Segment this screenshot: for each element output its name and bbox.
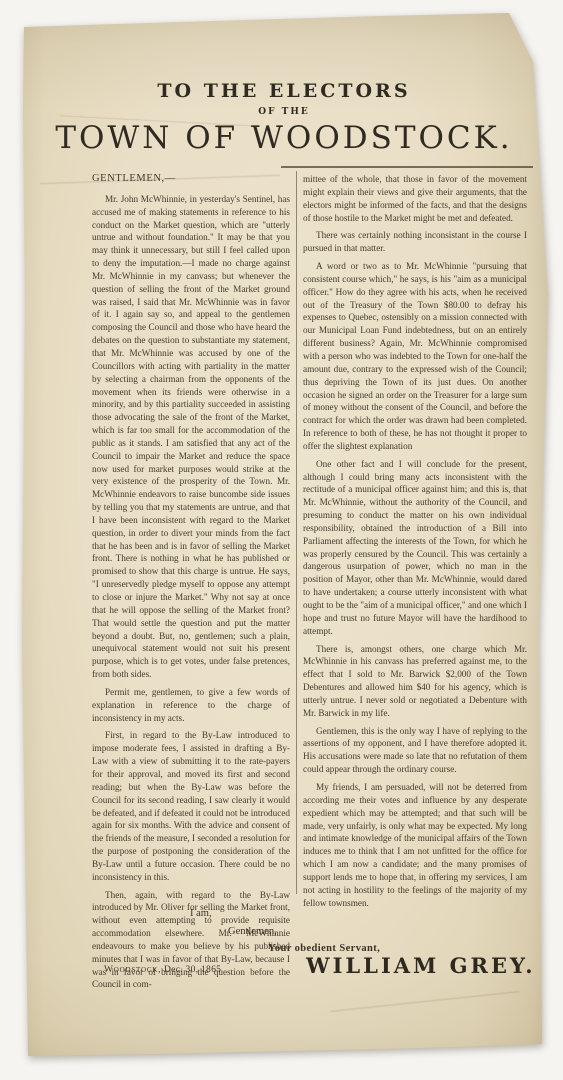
header-rule (281, 166, 533, 168)
closing-gentlemen: Gentlemen, (228, 926, 277, 937)
body-paragraph: One other fact and I will conclude for t… (303, 458, 527, 638)
signature-name: WILLIAM GREY. (306, 953, 536, 978)
body-paragraph: Permit me, gentlemen, to give a few word… (92, 686, 290, 725)
masthead: TO THE ELECTORS OF THE TOWN OF WOODSTOCK… (40, 80, 528, 156)
title-line-1: TO THE ELECTORS (40, 80, 528, 102)
body-paragraph: First, in regard to the By-Law introduce… (92, 729, 290, 883)
right-column: mittee of the whole, that those in favor… (303, 173, 527, 914)
body-paragraph: Gentlemen, this is the only way I have o… (303, 725, 527, 776)
dateline-date: Dec. 30, 1865 (161, 965, 221, 975)
closing-i-am: I am, (190, 908, 212, 919)
body-paragraph: A word or two as to Mr. McWhinnie "pursu… (303, 260, 527, 453)
dateline-place: Woodstock, (104, 965, 161, 975)
body-paragraph: mittee of the whole, that those in favor… (303, 173, 527, 224)
salutation: GENTLEMEN,— (92, 173, 290, 186)
body-paragraph: Then, again, with regard to the By-Law i… (92, 889, 290, 992)
body-paragraph: Mr. John McWhinnie, in yesterday's Senti… (92, 193, 290, 681)
body-paragraph: There was certainly nothing inconsistant… (303, 229, 527, 255)
dateline: Woodstock, Dec. 30, 1865 (104, 965, 221, 975)
body-paragraph: My friends, I am persuaded, will not be … (303, 781, 527, 909)
title-line-3: TOWN OF WOODSTOCK. (40, 120, 528, 156)
scanned-broadside-page: TO THE ELECTORS OF THE TOWN OF WOODSTOCK… (0, 0, 563, 1080)
column-divider-rule (296, 171, 297, 894)
body-paragraph: There is, amongst others, one charge whi… (303, 643, 527, 720)
left-column: GENTLEMEN,— Mr. John McWhinnie, in yeste… (92, 173, 290, 996)
title-line-2: OF THE (40, 107, 528, 117)
